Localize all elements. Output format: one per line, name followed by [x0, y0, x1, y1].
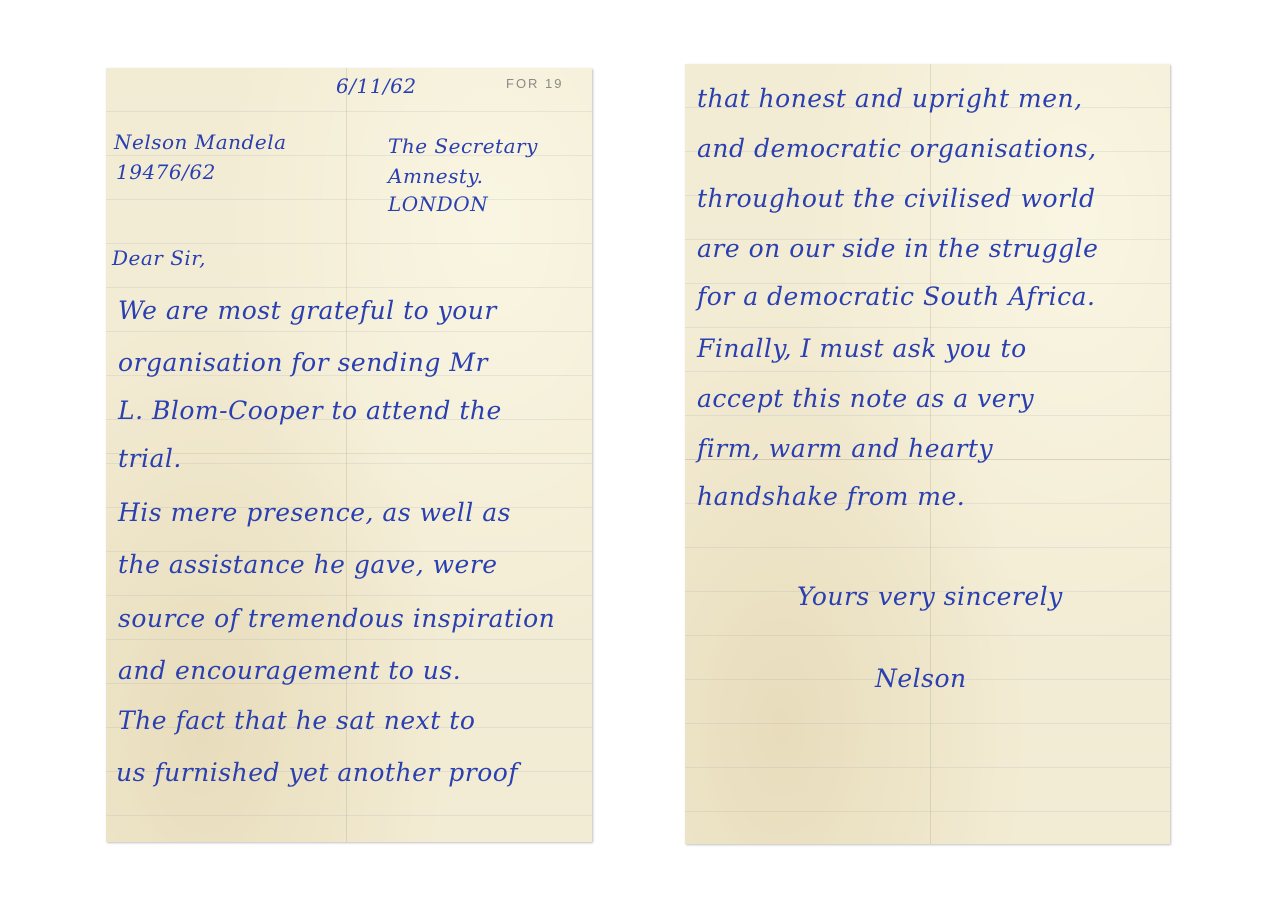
body-line: source of tremendous inspiration	[118, 604, 555, 633]
body-line: for a democratic South Africa.	[697, 282, 1096, 311]
prisoner-number: 19476/62	[116, 160, 216, 184]
recipient-line-2: Amnesty.	[388, 164, 483, 188]
body-line: and encouragement to us.	[118, 656, 461, 685]
recipient-line-1: The Secretary	[388, 134, 538, 158]
signature: Nelson	[875, 664, 967, 693]
body-line: The fact that he sat next to	[118, 706, 475, 735]
recipient-line-3: LONDON	[388, 192, 488, 216]
sender-name: Nelson Mandela	[114, 130, 287, 154]
body-line: Finally, I must ask you to	[697, 334, 1027, 363]
body-line: L. Blom-Cooper to attend the	[118, 396, 502, 425]
letter-page-1: 6/11/62 FOR 19 Nelson Mandela 19476/62 T…	[106, 68, 592, 842]
body-line: are on our side in the struggle	[697, 234, 1098, 263]
body-line: trial.	[118, 444, 182, 473]
body-line: that honest and upright men,	[697, 84, 1083, 113]
letter-page-2: that honest and upright men, and democra…	[685, 64, 1170, 844]
archive-reference: FOR 19	[506, 76, 564, 91]
body-line: throughout the civilised world	[697, 184, 1095, 213]
body-line: the assistance he gave, were	[118, 550, 498, 579]
body-line: firm, warm and hearty	[697, 434, 993, 463]
body-line: We are most grateful to your	[118, 296, 497, 325]
body-line: His mere presence, as well as	[118, 498, 511, 527]
body-line: us furnished yet another proof	[116, 758, 518, 787]
body-line: and democratic organisations,	[697, 134, 1097, 163]
salutation: Dear Sir,	[112, 246, 206, 270]
body-line: organisation for sending Mr	[118, 348, 488, 377]
body-line: accept this note as a very	[697, 384, 1034, 413]
letter-date: 6/11/62	[336, 74, 417, 98]
closing: Yours very sincerely	[797, 582, 1063, 611]
body-line: handshake from me.	[697, 482, 965, 511]
